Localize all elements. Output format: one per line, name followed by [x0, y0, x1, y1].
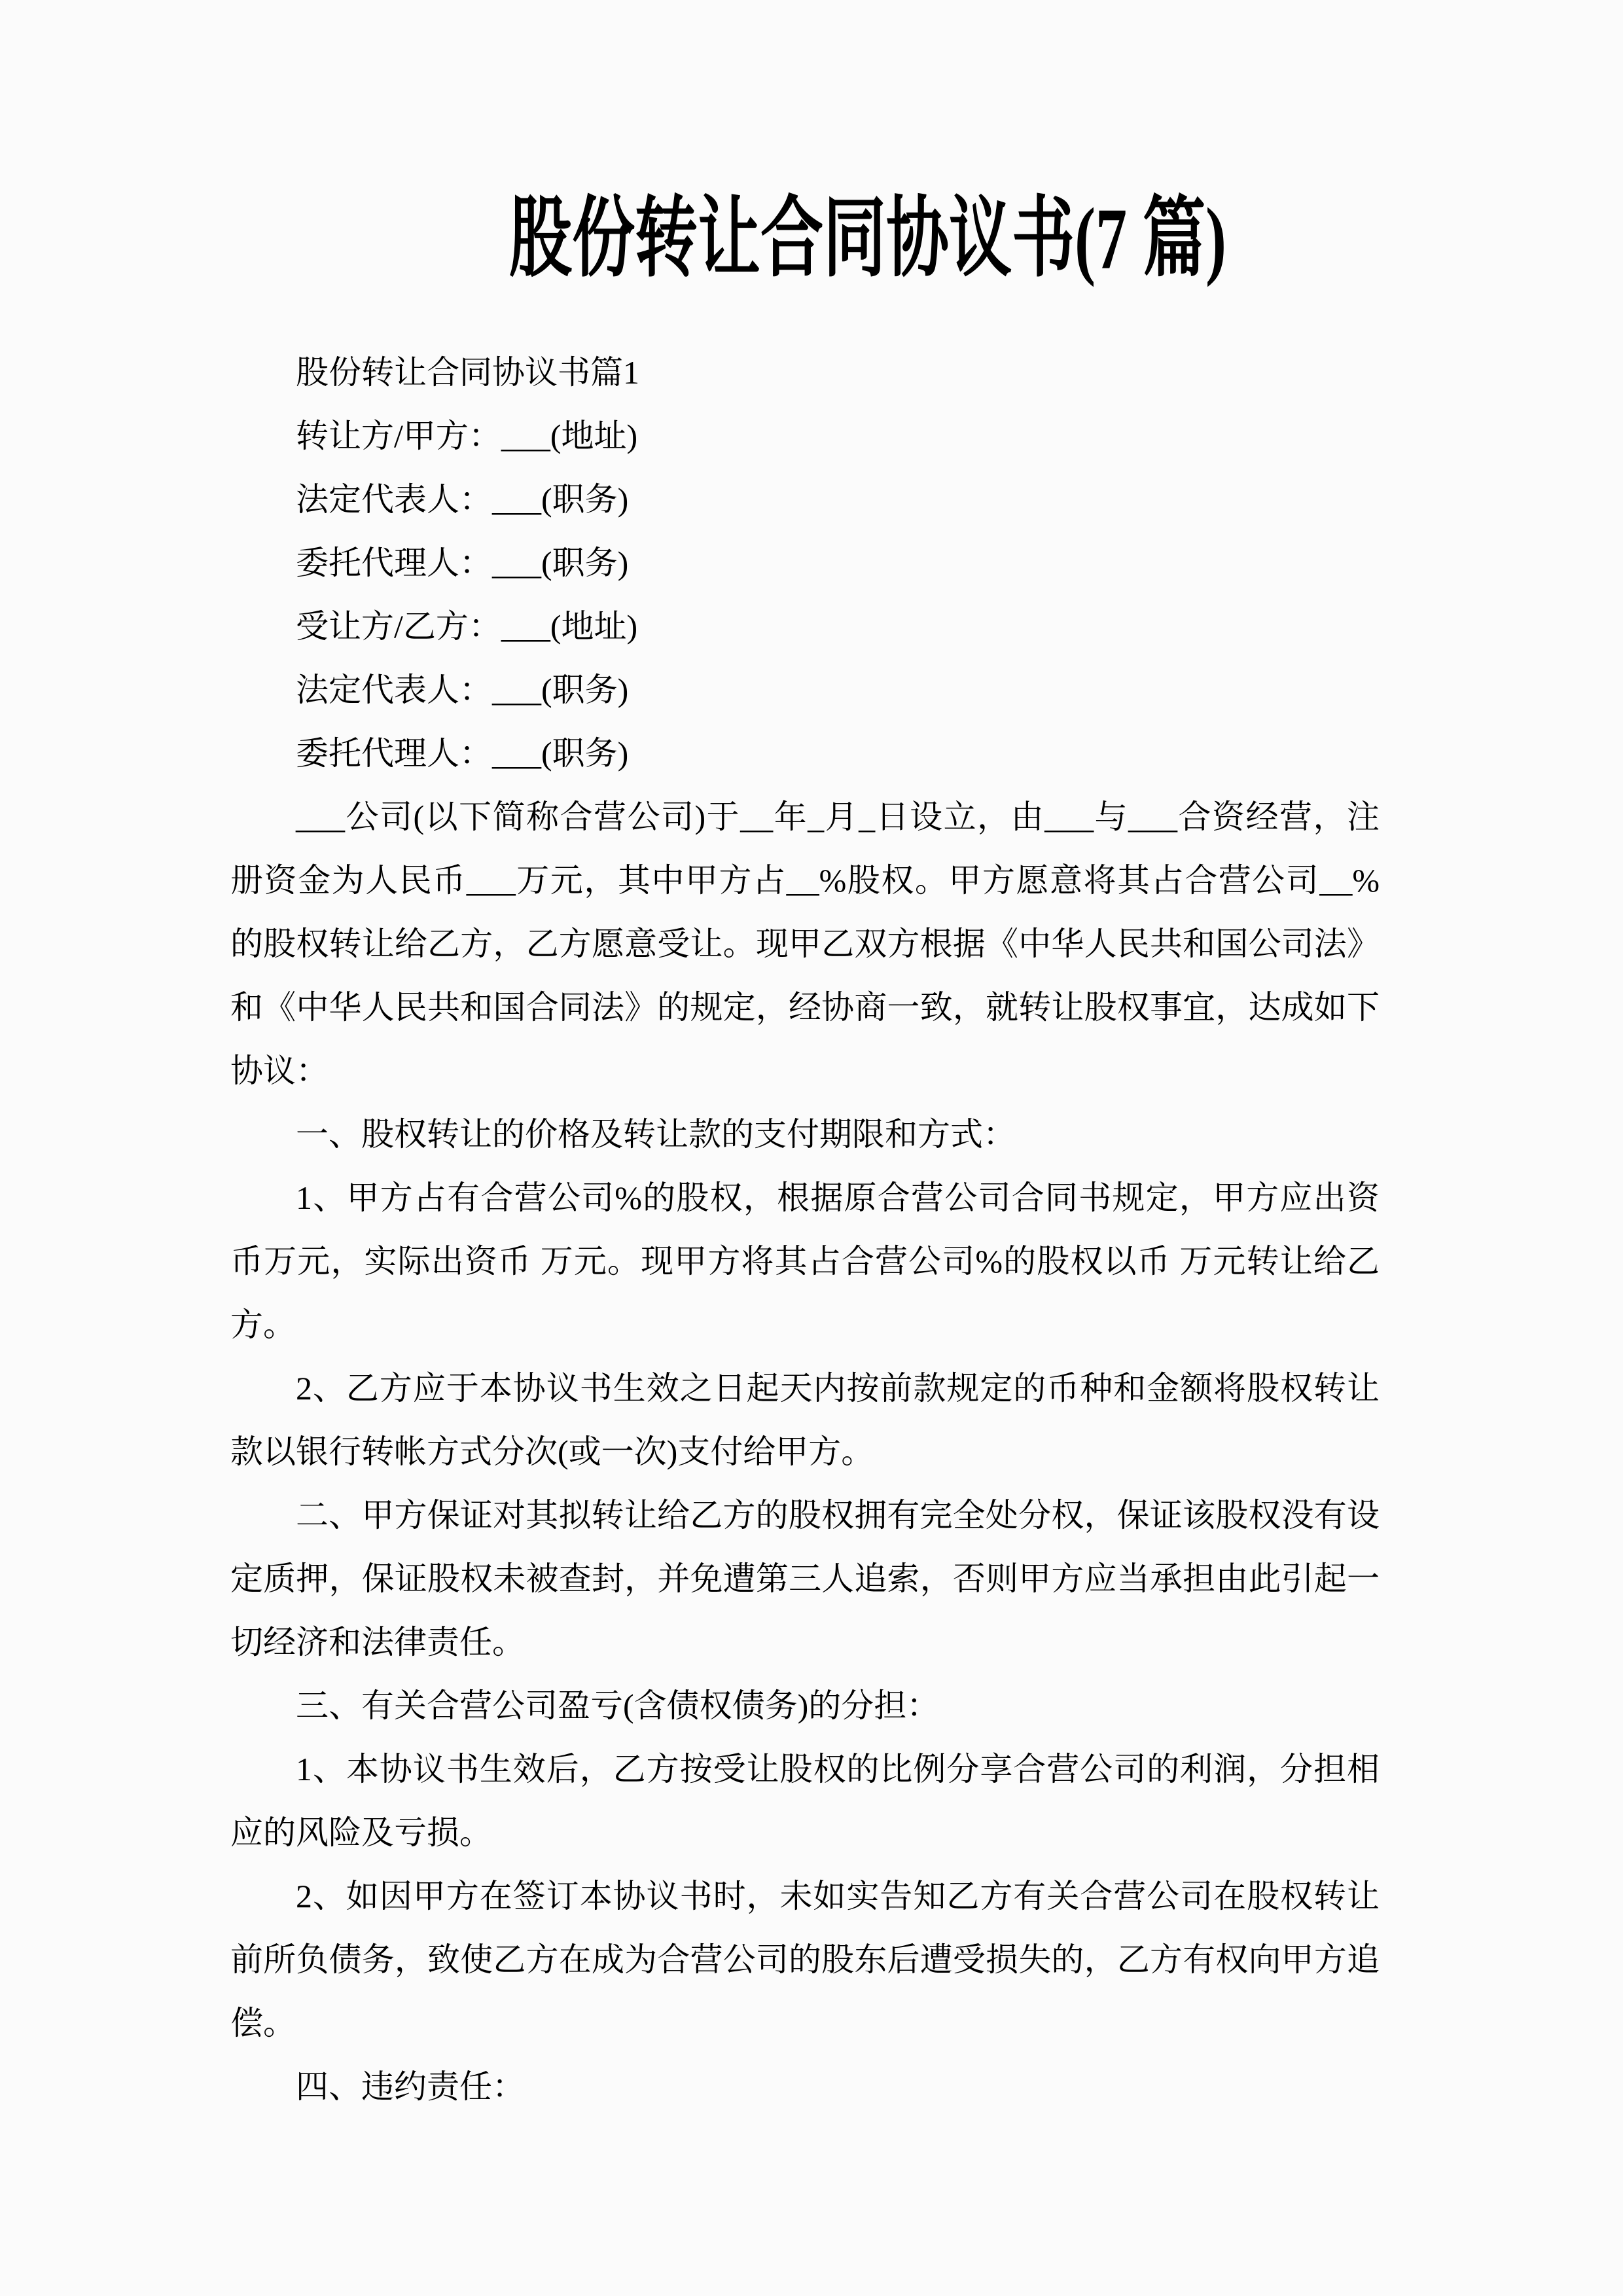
paragraph-legal-rep-2: 法定代表人：___(职务)	[230, 658, 1380, 722]
paragraph-clause-2: 二、甲方保证对其拟转让给乙方的股权拥有完全处分权，保证该股权没有设定质押，保证股…	[230, 1484, 1380, 1674]
paragraph-clause-3: 三、有关合营公司盈亏(含债权债务)的分担：	[230, 1674, 1380, 1738]
paragraph-preamble: ___公司(以下简称合营公司)于__年_月_日设立，由___与___合资经营，注…	[230, 785, 1380, 1103]
document-page: 股份转让合同协议书(7 篇) 股份转让合同协议书篇1 转让方/甲方：___(地址…	[0, 0, 1623, 2296]
paragraph-transferee: 受让方/乙方：___(地址)	[230, 595, 1380, 658]
paragraph-clause-3-2: 2、如因甲方在签订本协议书时，未如实告知乙方有关合营公司在股权转让前所负债务，致…	[230, 1865, 1380, 2055]
document-body: 股份转让合同协议书篇1 转让方/甲方：___(地址) 法定代表人：___(职务)…	[230, 341, 1380, 2119]
paragraph-transferor: 转让方/甲方：___(地址)	[230, 404, 1380, 468]
paragraph-legal-rep-1: 法定代表人：___(职务)	[230, 468, 1380, 531]
paragraph-heading: 股份转让合同协议书篇1	[230, 341, 1380, 404]
paragraph-agent-1: 委托代理人：___(职务)	[230, 531, 1380, 595]
paragraph-clause-4: 四、违约责任：	[230, 2055, 1380, 2119]
paragraph-clause-3-1: 1、本协议书生效后，乙方按受让股权的比例分享合营公司的利润，分担相应的风险及亏损…	[230, 1738, 1380, 1865]
paragraph-agent-2: 委托代理人：___(职务)	[230, 722, 1380, 785]
paragraph-clause-1: 一、股权转让的价格及转让款的支付期限和方式：	[230, 1103, 1380, 1166]
document-title: 股份转让合同协议书(7 篇)	[230, 175, 1380, 303]
paragraph-clause-1-1: 1、甲方占有合营公司%的股权，根据原合营公司合同书规定，甲方应出资币万元，实际出…	[230, 1166, 1380, 1357]
paragraph-clause-1-2: 2、乙方应于本协议书生效之日起天内按前款规定的币种和金额将股权转让款以银行转帐方…	[230, 1357, 1380, 1484]
